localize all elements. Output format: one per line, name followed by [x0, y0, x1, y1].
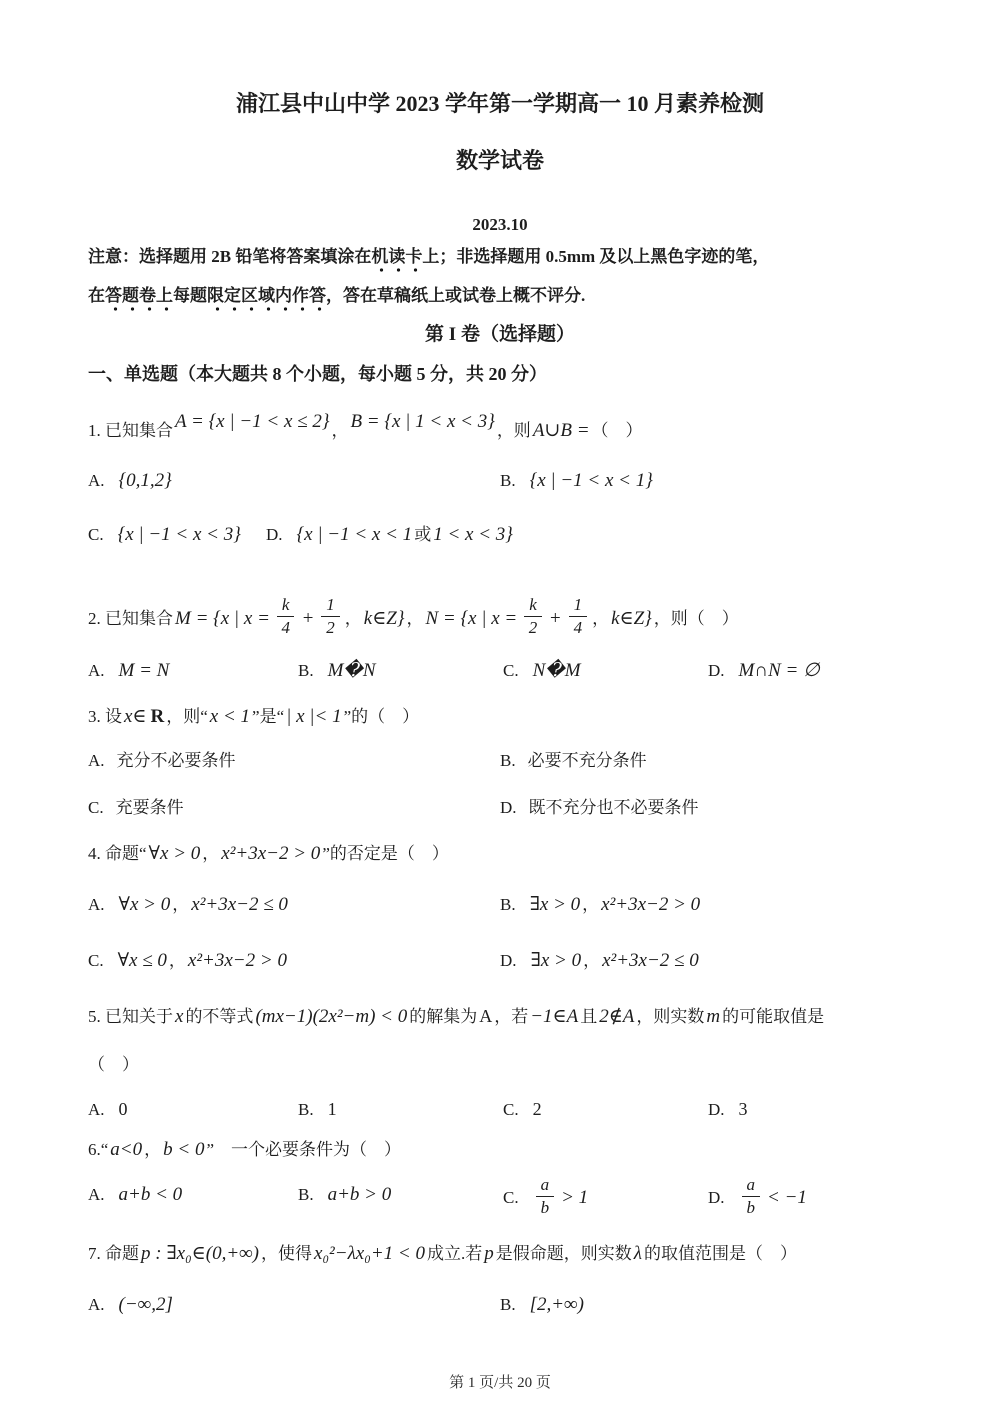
text-segment: 2 — [533, 1099, 542, 1119]
text-segment: 7. 命题 — [88, 1244, 139, 1263]
text-segment: A∪B = — [533, 420, 590, 441]
text-segment: > 1 — [561, 1187, 588, 1208]
question-1-options-row-1: A.{0,1,2} B.{x | −1 < x < 1} — [88, 464, 912, 498]
text-segment: 在 — [88, 286, 105, 305]
text-segment: 的不等式 — [185, 1007, 253, 1026]
text-segment: {x | −1 < x < 1 — [297, 524, 413, 545]
text-segment: A — [479, 1006, 492, 1026]
question-7-option-b: B.[2,+∞) — [500, 1288, 912, 1322]
option-label: B. — [500, 1295, 516, 1314]
emphasized-text: 答题卷上 — [105, 286, 173, 312]
text-segment: R — [151, 706, 165, 727]
text-segment: ， — [331, 421, 348, 440]
question-1: 1. 已知集合A = {x | −1 < x ≤ 2}，B = {x | 1 <… — [88, 404, 912, 553]
question-4-option-c: C.∀x ≤ 0，x²+3x−2 > 0 — [88, 944, 500, 978]
text-segment: N�M — [533, 660, 581, 681]
text-segment: k∈Z} — [611, 608, 652, 629]
text-segment: x²+3x−2 ≤ 0 — [191, 894, 288, 915]
section1-heading: 一、单选题（本大题共 8 个小题，每小题 5 分，共 20 分） — [88, 360, 912, 386]
text-segment: A = {x | −1 < x ≤ 2} — [175, 405, 329, 439]
text-segment: ， — [592, 609, 609, 628]
text-segment: 5. 已知关于 — [88, 1007, 173, 1026]
page-number: 第 1 页/共 20 页 — [0, 1371, 1000, 1392]
emphasized-text: 限定区域内作答 — [207, 286, 326, 312]
question-5-options: A.0 B.1 C.2 D.3 — [88, 1093, 912, 1126]
text-segment: {x | −1 < x < 1} — [530, 470, 653, 491]
text-segment: ， — [345, 609, 362, 628]
text-segment: ， — [202, 844, 219, 863]
text-segment: 上；非选择题用 0.5mm 及以上黑色字迹的笔， — [422, 247, 769, 266]
text-segment: ∀x > 0 — [149, 843, 201, 864]
text-segment: ，则“ — [166, 707, 208, 726]
emphasized-text: 机读卡 — [371, 247, 422, 273]
text-segment: （ ） — [592, 421, 643, 440]
text-segment: 1 < x < 3} — [433, 524, 513, 545]
text-segment: x²+3x−2 > 0 — [601, 894, 700, 915]
text-segment: a<0 — [110, 1139, 142, 1160]
fraction: k2 — [524, 595, 542, 639]
question-6-option-b: B.a+b > 0 — [298, 1178, 503, 1222]
text-segment: x²+3x−2 > 0 — [221, 843, 320, 864]
option-label: B. — [500, 751, 516, 770]
question-7-stem: 7. 命题p : ∃x₀∈(0,+∞)，使得x₀²−λx₀+1 < 0成立.若p… — [88, 1237, 912, 1271]
text-segment: 2. 已知集合 — [88, 609, 173, 628]
text-segment: x∈ — [124, 706, 147, 727]
question-6-option-d: D.ab< −1 — [708, 1178, 912, 1222]
text-segment: 1 — [328, 1099, 337, 1119]
text-segment: ∃x > 0 — [531, 950, 582, 971]
text-segment: ，则 — [497, 421, 531, 440]
text-segment: a+b > 0 — [328, 1184, 392, 1205]
option-label: C. — [88, 798, 104, 817]
question-6-stem: 6.“a<0，b < 0” 一个必要条件为（ ） — [88, 1133, 912, 1167]
notice-line-1: 注意：选择题用 2B 铅笔将答案填涂在机读卡上；非选择题用 0.5mm 及以上黑… — [88, 237, 912, 276]
text-segment: 是假命题，则实数 — [496, 1244, 632, 1263]
text-segment: 注意：选择题用 2B 铅笔将答案填涂在 — [88, 247, 371, 266]
text-segment: 1. 已知集合 — [88, 421, 173, 440]
exam-paper-page: 浦江县中山中学 2023 学年第一学期高一 10 月素养检测 数学试卷 2023… — [0, 0, 1000, 1414]
text-segment: ∀x ≤ 0 — [118, 950, 167, 971]
question-1-option-b: B.{x | −1 < x < 1} — [500, 464, 912, 498]
question-1-option-d: D.{x | −1 < x < 1或1 < x < 3} — [266, 518, 912, 552]
question-3-option-b: B.必要不充分条件 — [500, 746, 912, 777]
text-segment: ”的（ ） — [344, 707, 420, 726]
text-segment: M = {x | x = — [175, 608, 270, 629]
text-segment: m — [706, 1006, 720, 1027]
question-3-option-c: C.充要条件 — [88, 793, 500, 824]
text-segment: ，答在草稿纸上或试卷上概不评分. — [326, 286, 585, 305]
text-segment: 3. 设 — [88, 707, 122, 726]
question-3-option-d: D.既不充分也不必要条件 — [500, 793, 912, 824]
option-label: C. — [88, 525, 104, 544]
exam-date: 2023.10 — [88, 215, 912, 235]
text-segment: M�N — [328, 660, 376, 681]
option-label: D. — [500, 798, 517, 817]
question-1-options-row-2: C.{x | −1 < x < 3} D.{x | −1 < x < 1或1 <… — [88, 518, 912, 552]
option-label: D. — [708, 1188, 725, 1207]
text-segment: (mx−1)(2x²−m) < 0 — [255, 1006, 407, 1027]
text-segment: 4. 命题“ — [88, 844, 147, 863]
text-segment: (−∞,2] — [119, 1294, 173, 1315]
option-label: D. — [708, 661, 725, 680]
text-segment: 的取值范围是（ ） — [644, 1244, 797, 1263]
text-segment: x²+3x−2 ≤ 0 — [602, 950, 699, 971]
option-label: A. — [88, 1185, 105, 1204]
text-segment: ，则（ ） — [654, 609, 739, 628]
question-4-option-b: B.∃x > 0，x²+3x−2 > 0 — [500, 888, 912, 922]
fraction: ab — [536, 1175, 555, 1219]
text-segment: k∈Z} — [364, 608, 405, 629]
text-segment: | x |< 1 — [286, 706, 341, 727]
text-segment: B = {x | 1 < x < 3} — [350, 405, 494, 439]
question-1-option-a: A.{0,1,2} — [88, 464, 500, 498]
question-6: 6.“a<0，b < 0” 一个必要条件为（ ） A.a+b < 0 B.a+b… — [88, 1133, 912, 1221]
option-label: D. — [708, 1100, 725, 1119]
option-label: A. — [88, 661, 105, 680]
text-segment: 的解集为 — [409, 1007, 477, 1026]
question-3-option-a: A.充分不必要条件 — [88, 746, 500, 777]
text-segment: + — [549, 608, 562, 629]
text-segment: 充要条件 — [116, 798, 184, 817]
option-label: A. — [88, 751, 105, 770]
question-5-answer-blank: （ ） — [88, 1050, 912, 1081]
text-segment: ” 一个必要条件为（ ） — [206, 1140, 401, 1159]
text-segment: 必要不充分条件 — [528, 751, 647, 770]
option-label: A. — [88, 471, 105, 490]
question-4-option-d: D.∃x > 0，x²+3x−2 ≤ 0 — [500, 944, 912, 978]
question-5-option-c: C.2 — [503, 1093, 708, 1126]
option-label: D. — [500, 951, 517, 970]
question-6-option-a: A.a+b < 0 — [88, 1178, 298, 1222]
option-label: A. — [88, 1100, 105, 1119]
question-5-stem: 5. 已知关于x的不等式(mx−1)(2x²−m) < 0的解集为A，若−1∈A… — [88, 1000, 912, 1034]
text-segment: 成立.若 — [427, 1244, 482, 1263]
fraction: ab — [742, 1175, 761, 1219]
notice-line-2: 在答题卷上每题限定区域内作答，答在草稿纸上或试卷上概不评分. — [88, 276, 912, 315]
question-1-stem: 1. 已知集合A = {x | −1 < x ≤ 2}，B = {x | 1 <… — [88, 404, 912, 448]
text-segment: 2∉A — [599, 1006, 634, 1027]
text-segment: 每题 — [173, 286, 207, 305]
text-segment: ， — [172, 895, 189, 914]
text-segment: N = {x | x = — [425, 608, 517, 629]
question-2-stem: 2. 已知集合M = {x | x =k4+12，k∈Z}，N = {x | x… — [88, 598, 912, 642]
question-3-stem: 3. 设x∈R，则“x < 1”是“| x |< 1”的（ ） — [88, 700, 912, 734]
question-2-options: A.M = N B.M�N C.N�M D.M∩N = ∅ — [88, 654, 912, 688]
text-segment: b < 0 — [163, 1139, 204, 1160]
option-label: B. — [298, 1100, 314, 1119]
question-3-options: A.充分不必要条件 B.必要不充分条件 C.充要条件 D.既不充分也不必要条件 — [88, 746, 912, 823]
question-5-option-d: D.3 — [708, 1093, 912, 1126]
text-segment: 0 — [119, 1099, 128, 1119]
text-segment: M∩N = ∅ — [739, 660, 820, 681]
question-6-option-c: C.ab> 1 — [503, 1178, 708, 1222]
question-2-option-b: B.M�N — [298, 654, 503, 688]
text-segment: + — [301, 608, 314, 629]
text-segment: ， — [582, 895, 599, 914]
question-5: 5. 已知关于x的不等式(mx−1)(2x²−m) < 0的解集为A，若−1∈A… — [88, 1000, 912, 1125]
text-segment: ， — [144, 1140, 161, 1159]
question-7: 7. 命题p : ∃x₀∈(0,+∞)，使得x₀²−λx₀+1 < 0成立.若p… — [88, 1237, 912, 1321]
option-label: B. — [500, 471, 516, 490]
question-3: 3. 设x∈R，则“x < 1”是“| x |< 1”的（ ） A.充分不必要条… — [88, 700, 912, 823]
text-segment: ∀x > 0 — [119, 894, 171, 915]
option-label: A. — [88, 1295, 105, 1314]
option-label: B. — [298, 661, 314, 680]
fraction: k4 — [277, 595, 295, 639]
question-6-options: A.a+b < 0 B.a+b > 0 C.ab> 1 D.ab< −1 — [88, 1178, 912, 1222]
option-label: B. — [298, 1185, 314, 1204]
text-segment: x²+3x−2 > 0 — [188, 950, 287, 971]
text-segment: 充分不必要条件 — [117, 751, 236, 770]
exam-title: 浦江县中山中学 2023 学年第一学期高一 10 月素养检测 — [88, 90, 912, 118]
text-segment: ”的否定是（ ） — [322, 844, 449, 863]
text-segment: a+b < 0 — [119, 1184, 183, 1205]
text-segment: ”是“ — [252, 707, 284, 726]
text-segment: ， — [169, 951, 186, 970]
question-4-option-a: A.∀x > 0，x²+3x−2 ≤ 0 — [88, 888, 500, 922]
question-5-option-a: A.0 — [88, 1093, 298, 1126]
text-segment: λ — [634, 1243, 642, 1264]
text-segment: ，使得 — [261, 1244, 312, 1263]
text-segment: 3 — [739, 1099, 748, 1119]
text-segment: p — [484, 1243, 494, 1264]
text-segment: ，若 — [494, 1007, 528, 1026]
text-segment: ，则实数 — [636, 1007, 704, 1026]
text-segment: （ ） — [88, 1055, 139, 1074]
option-label: D. — [266, 525, 283, 544]
question-4-options: A.∀x > 0，x²+3x−2 ≤ 0 B.∃x > 0，x²+3x−2 > … — [88, 888, 912, 978]
question-1-option-c: C.{x | −1 < x < 3} — [88, 518, 266, 552]
text-segment: p : ∃x₀∈(0,+∞) — [141, 1243, 259, 1264]
text-segment: M = N — [119, 660, 170, 681]
question-7-option-a: A.(−∞,2] — [88, 1288, 500, 1322]
text-segment: {0,1,2} — [119, 470, 172, 491]
text-segment: ， — [583, 951, 600, 970]
question-4-stem: 4. 命题“∀x > 0，x²+3x−2 > 0”的否定是（ ） — [88, 837, 912, 871]
question-5-option-b: B.1 — [298, 1093, 503, 1126]
question-4: 4. 命题“∀x > 0，x²+3x−2 > 0”的否定是（ ） A.∀x > … — [88, 837, 912, 978]
question-2-option-a: A.M = N — [88, 654, 298, 688]
text-segment: {x | −1 < x < 3} — [118, 524, 241, 545]
option-label: C. — [88, 951, 104, 970]
text-segment: 且 — [580, 1007, 597, 1026]
fraction: 14 — [569, 595, 588, 639]
text-segment: x < 1 — [210, 706, 250, 727]
text-segment: < −1 — [767, 1187, 807, 1208]
text-segment: ∃x > 0 — [530, 894, 581, 915]
text-segment: 或 — [414, 525, 431, 544]
text-segment: 的可能取值是 — [722, 1007, 824, 1026]
option-label: B. — [500, 895, 516, 914]
text-segment: −1∈A — [530, 1006, 578, 1027]
option-label: C. — [503, 661, 519, 680]
part1-title: 第 I 卷（选择题） — [88, 319, 912, 346]
question-2-option-d: D.M∩N = ∅ — [708, 654, 912, 688]
question-2-option-c: C.N�M — [503, 654, 708, 688]
option-label: C. — [503, 1100, 519, 1119]
exam-subtitle: 数学试卷 — [88, 144, 912, 175]
text-segment: x — [175, 1006, 183, 1027]
question-7-options: A.(−∞,2] B.[2,+∞) — [88, 1288, 912, 1322]
text-segment: [2,+∞) — [530, 1294, 584, 1315]
option-label: C. — [503, 1188, 519, 1207]
question-2: 2. 已知集合M = {x | x =k4+12，k∈Z}，N = {x | x… — [88, 598, 912, 688]
text-segment: ， — [406, 609, 423, 628]
text-segment: 6.“ — [88, 1140, 108, 1159]
option-label: A. — [88, 895, 105, 914]
fraction: 12 — [321, 595, 340, 639]
text-segment: 既不充分也不必要条件 — [529, 798, 699, 817]
text-segment: x₀²−λx₀+1 < 0 — [314, 1243, 425, 1264]
